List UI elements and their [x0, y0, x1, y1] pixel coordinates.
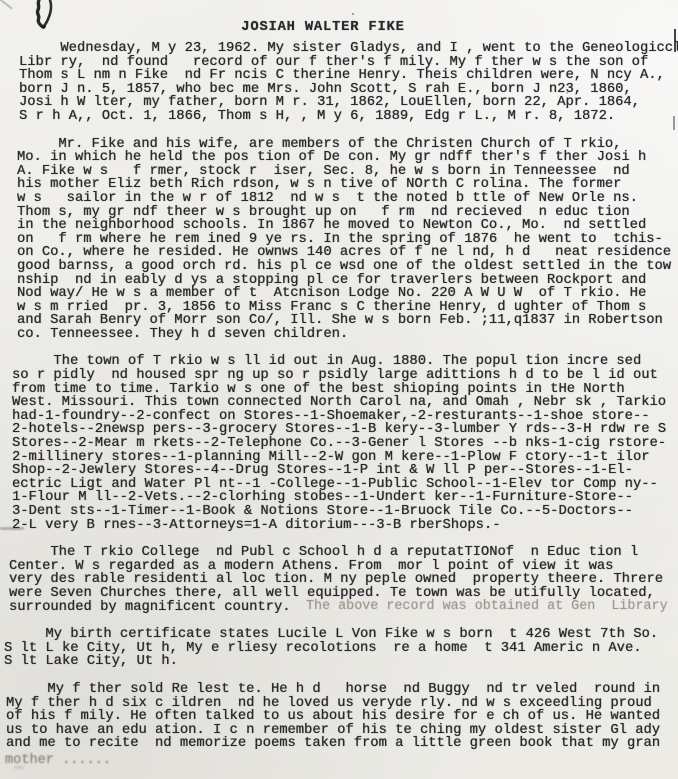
speck-mark [352, 13, 354, 15]
paragraph-birth-certificate: My birth certificate states Lucile L Von… [4, 628, 678, 669]
paragraph-family-record: Wednesday, M y 23, 1962. My sister Glady… [19, 42, 678, 124]
document-body: Wednesday, M y 23, 1962. My sister Glady… [0, 42, 678, 765]
scan-corner-mark [0, 0, 13, 10]
document-title: JOSIAH WALTER FIKE [0, 20, 646, 35]
paragraph-town-of-tarkio: The town of T rkio w s ll id out in Aug.… [12, 355, 678, 532]
scanned-document-page: JOSIAH WALTER FIKE Wednesday, M y 23, 19… [0, 0, 678, 779]
paragraph-father-realestate: My f ther sold Re lest te. He h d horse … [6, 683, 678, 751]
faded-footer-text: mother ...... [5, 753, 111, 768]
faded-note-text: The above record was obtained at Gen Lib… [306, 599, 668, 614]
paragraph-mr-fike-biography: Mr. Fike and his wife, are members of th… [17, 138, 678, 342]
